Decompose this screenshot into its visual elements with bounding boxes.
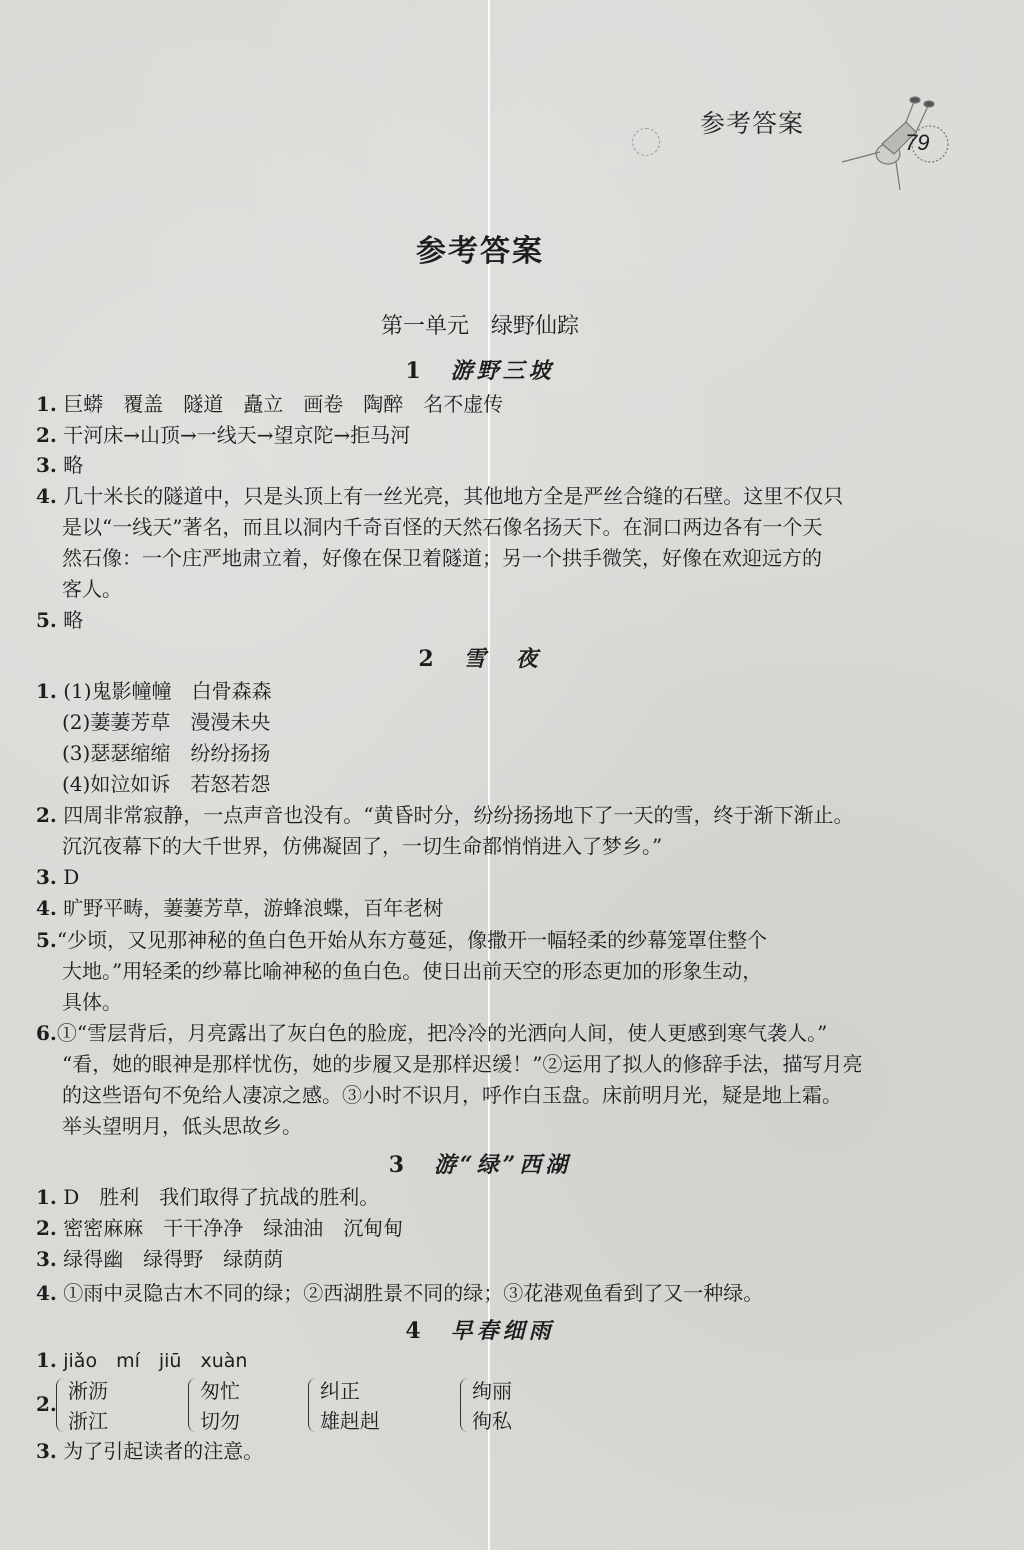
answer-3-2: 2. 密密麻麻 干干净净 绿油油 沉甸甸 — [36, 1213, 403, 1243]
page-title: 参考答案 — [0, 226, 960, 270]
answer-1-4: 4. 几十米长的隧道中，只是头顶上有一丝光亮，其他地方全是严丝合缝的石壁。这里不… — [36, 481, 843, 511]
answer-1-5: 5. 略 — [36, 605, 83, 635]
page-number: 79 — [905, 130, 929, 156]
answer-3-1: 1. D 胜利 我们取得了抗战的胜利。 — [36, 1182, 379, 1212]
answer-1-3: 3. 略 — [36, 450, 83, 480]
lesson-name: 早春细雨 — [451, 1318, 555, 1344]
lesson-name: 游“绿”西湖 — [434, 1152, 571, 1178]
answer-2-6-line-4: 举头望明月，低头思故乡。 — [62, 1111, 302, 1141]
lesson-title-2: 2雪 夜 — [0, 642, 960, 673]
answer-2-1-line-4: (4)如泣如诉 若怒若怨 — [62, 769, 270, 799]
answer-2-2: 2. 四周非常寂静，一点声音也没有。“黄昏时分，纷纷扬扬地下了一天的雪，终于渐下… — [36, 800, 853, 830]
brace-icon — [188, 1378, 197, 1432]
brace-icon — [308, 1378, 317, 1432]
lesson-number: 3 — [389, 1152, 408, 1178]
answer-1-2: 2. 干河床→山顶→一线天→望京陀→拒马河 — [36, 420, 410, 450]
answer-4-2: 2. 淅沥 浙江 匆忙 切勿 纠正 雄赳赳 绚丽 徇私 — [36, 1376, 736, 1436]
answer-2-3: 3. D — [36, 862, 79, 892]
answer-1-1: 1. 巨蟒 覆盖 隧道 矗立 画卷 陶醉 名不虚传 — [36, 389, 503, 419]
answer-2-6-line-2: “看，她的眼神是那样忧伤，她的步履又是那样迟缓！”②运用了拟人的修辞手法，描写月… — [62, 1049, 862, 1079]
answer-4-1: 1. jiǎo mí jiū xuàn — [36, 1345, 247, 1376]
lesson-title-3: 3游“绿”西湖 — [0, 1148, 960, 1179]
answer-2-5: 5.“少顷，又见那神秘的鱼白色开始从东方蔓延，像撒开一幅轻柔的纱幕笼罩住整个 — [36, 925, 767, 955]
answer-1-4-line-2: 是以“一线天”著名，而且以洞内千奇百怪的天然石像名扬天下。在洞口两边各有一个天 — [62, 512, 822, 542]
answer-4-3: 3. 为了引起读者的注意。 — [36, 1436, 263, 1466]
cartoon-child-icon — [836, 92, 956, 192]
decorative-circle-icon — [632, 128, 660, 156]
lesson-number: 4 — [405, 1318, 424, 1344]
lesson-name: 游野三坡 — [451, 358, 555, 384]
answer-2-1-line-2: (2)萋萋芳草 漫漫未央 — [62, 707, 270, 737]
answer-2-1: 1. (1)鬼影幢幢 白骨森森 — [36, 676, 272, 706]
answer-1-4-line-3: 然石像：一个庄严地肃立着，好像在保卫着隧道；另一个拱手微笑，好像在欢迎远方的 — [62, 543, 822, 573]
answer-2-4: 4. 旷野平畴，萋萋芳草，游蜂浪蝶，百年老树 — [36, 893, 443, 923]
lesson-number: 1 — [405, 358, 424, 384]
lesson-title-4: 4早春细雨 — [0, 1314, 960, 1345]
answer-3-4: 4. ①雨中灵隐古木不同的绿；②西湖胜景不同的绿；③花港观鱼看到了又一种绿。 — [36, 1278, 763, 1308]
answer-2-5-line-2: 大地。”用轻柔的纱幕比喻神秘的鱼白色。使日出前天空的形态更加的形象生动， — [62, 956, 762, 986]
lesson-number: 2 — [418, 646, 437, 672]
answer-2-5-line-3: 具体。 — [62, 987, 122, 1017]
answer-2-2-line-2: 沉沉夜幕下的大千世界，仿佛凝固了，一切生命都悄悄进入了梦乡。” — [62, 831, 662, 861]
answer-2-6: 6.①“雪层背后，月亮露出了灰白色的脸庞，把冷冷的光洒向人间，使人更感到寒气袭人… — [36, 1018, 827, 1048]
answer-2-6-line-3: 的这些语句不免给人凄凉之感。③小时不识月，呼作白玉盘。床前明月光，疑是地上霜。 — [62, 1080, 842, 1110]
unit-title: 第一单元 绿野仙踪 — [0, 309, 960, 340]
answer-1-4-line-4: 客人。 — [62, 574, 122, 604]
running-header-title: 参考答案 — [700, 104, 804, 140]
lesson-name: 雪 夜 — [464, 646, 542, 672]
lesson-title-1: 1游野三坡 — [0, 354, 960, 385]
brace-icon — [460, 1378, 469, 1432]
answer-2-1-line-3: (3)瑟瑟缩缩 纷纷扬扬 — [62, 738, 270, 768]
brace-icon — [56, 1378, 65, 1432]
answer-3-3: 3. 绿得幽 绿得野 绿荫荫 — [36, 1244, 283, 1274]
pinyin-answers: jiǎo mí jiū xuàn — [63, 1350, 247, 1372]
